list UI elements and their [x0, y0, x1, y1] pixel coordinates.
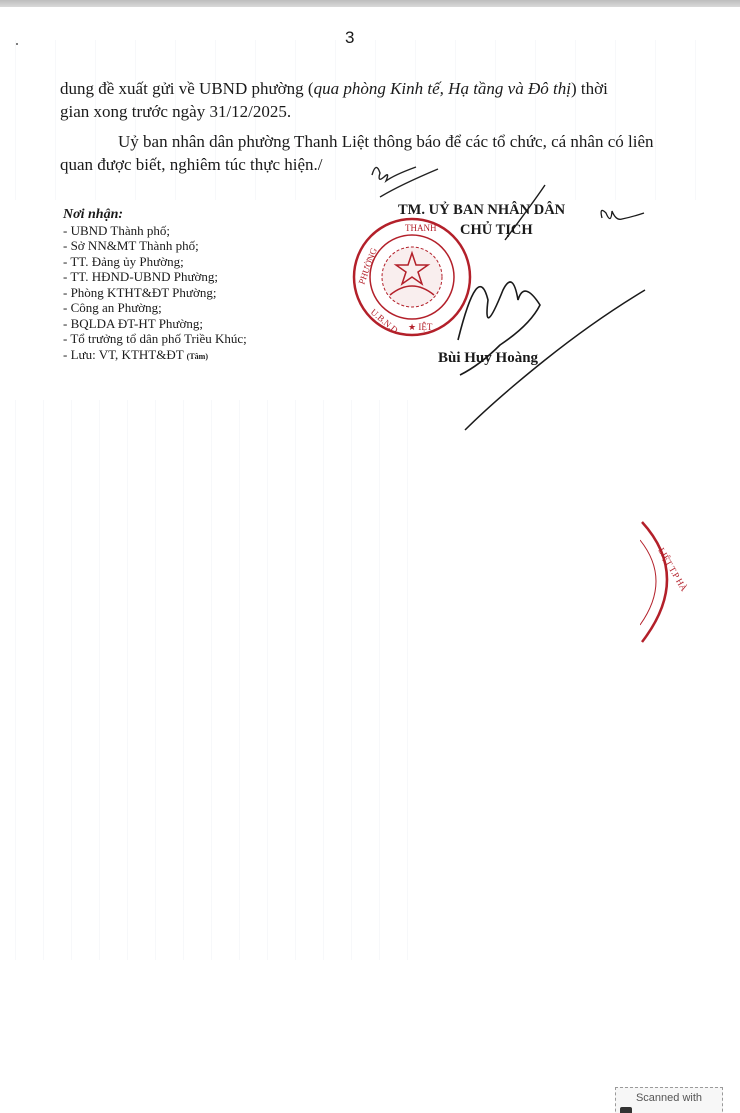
recipient-text: - Lưu: VT, KTHT&ĐT: [63, 347, 183, 362]
paragraph-text: gian xong trước ngày 31/12/2025.: [60, 102, 291, 121]
paragraph-italic: qua phòng Kinh tế, Hạ tầng và Đô thị: [314, 79, 571, 98]
recipient-item: - TT. HĐND-UBND Phường;: [63, 269, 247, 285]
partial-seal-icon: LIỆT T.P HÀ: [640, 520, 690, 645]
paragraph-deadline: dung đề xuất gửi về UBND phường (qua phò…: [60, 77, 660, 123]
scanner-logo-icon: [620, 1107, 632, 1113]
scanned-with-badge[interactable]: Scanned with: [615, 1087, 723, 1113]
recipients-title: Nơi nhận:: [63, 207, 247, 223]
recipients-list: Nơi nhận: - UBND Thành phố; - Sở NN&MT T…: [63, 207, 247, 364]
paragraph-notice: Uỷ ban nhân dân phường Thanh Liệt thông …: [60, 130, 660, 176]
recipient-item: - Phòng KTHT&ĐT Phường;: [63, 285, 247, 301]
recipient-item: - Lưu: VT, KTHT&ĐT (Tâm): [63, 347, 247, 365]
recipient-suffix: (Tâm): [187, 352, 208, 361]
svg-text:LIỆT T.P HÀ: LIỆT T.P HÀ: [656, 546, 689, 593]
recipient-item: - Sở NN&MT Thành phố;: [63, 238, 247, 254]
bleed-through-table: [15, 400, 435, 960]
handwritten-signature-icon: [350, 180, 650, 440]
recipient-item: - BQLDA ĐT-HT Phường;: [63, 316, 247, 332]
page-number: 3: [345, 28, 354, 48]
recipient-item: - UBND Thành phố;: [63, 223, 247, 239]
viewer-top-bar: [0, 0, 740, 7]
recipient-item: - Tổ trưởng tổ dân phố Triều Khúc;: [63, 331, 247, 347]
scan-speck: [16, 43, 18, 45]
badge-text: Scanned with: [636, 1092, 702, 1104]
recipient-item: - TT. Đảng ủy Phường;: [63, 254, 247, 270]
paragraph-text: dung đề xuất gửi về UBND phường (: [60, 79, 314, 98]
paragraph-text: ) thời: [571, 79, 608, 98]
recipient-item: - Công an Phường;: [63, 300, 247, 316]
signer-name: Bùi Huy Hoàng: [438, 350, 538, 367]
